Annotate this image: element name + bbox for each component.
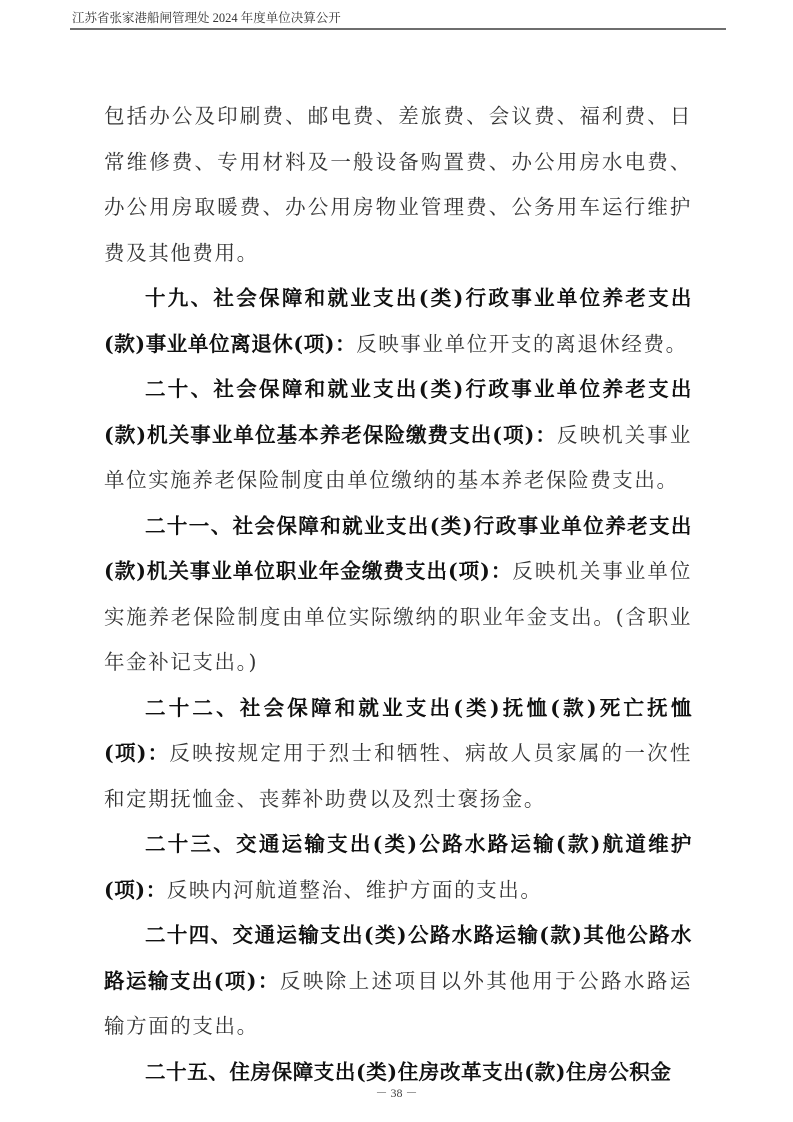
paragraph-item-21: 二十一、社会保障和就业支出(类)行政事业单位养老支出(款)机关事业单位职业年金缴… [104,504,692,686]
paragraph-item-24: 二十四、交通运输支出(类)公路水路运输(款)其他公路水路运输支出(项)：反映除上… [104,913,692,1050]
paragraph-heading: 二十五、住房保障支出(类)住房改革支出(款)住房公积金 [145,1060,672,1084]
paragraph-item-23: 二十三、交通运输支出(类)公路水路运输(款)航道维护(项)：反映内河航道整治、维… [104,822,692,913]
paragraph-text: 反映事业单位开支的离退休经费。 [356,332,688,356]
paragraph-item-20: 二十、社会保障和就业支出(类)行政事业单位养老支出(款)机关事业单位基本养老保险… [104,367,692,504]
paragraph-text: 反映内河航道整治、维护方面的支出。 [167,878,543,902]
paragraph-text: 包括办公及印刷费、邮电费、差旅费、会议费、福利费、日常维修费、专用材料及一般设备… [104,104,692,265]
document-title: 江苏省张家港船闸管理处 2024 年度单位决算公开 [70,10,726,26]
paragraph-item-22: 二十二、社会保障和就业支出(类)抚恤(款)死亡抚恤(项)：反映按规定用于烈士和牺… [104,686,692,823]
page-header: 江苏省张家港船闸管理处 2024 年度单位决算公开 [70,10,726,30]
document-body: 包括办公及印刷费、邮电费、差旅费、会议费、福利费、日常维修费、专用材料及一般设备… [104,94,692,1095]
paragraph-text: 反映按规定用于烈士和牺牲、病故人员家属的一次性和定期抚恤金、丧葬补助费以及烈士褒… [104,741,692,811]
page-number: － 38 － [0,1084,793,1101]
paragraph-continuation: 包括办公及印刷费、邮电费、差旅费、会议费、福利费、日常维修费、专用材料及一般设备… [104,94,692,276]
header-divider [70,28,726,30]
paragraph-item-19: 十九、社会保障和就业支出(类)行政事业单位养老支出(款)事业单位离退休(项)：反… [104,276,692,367]
